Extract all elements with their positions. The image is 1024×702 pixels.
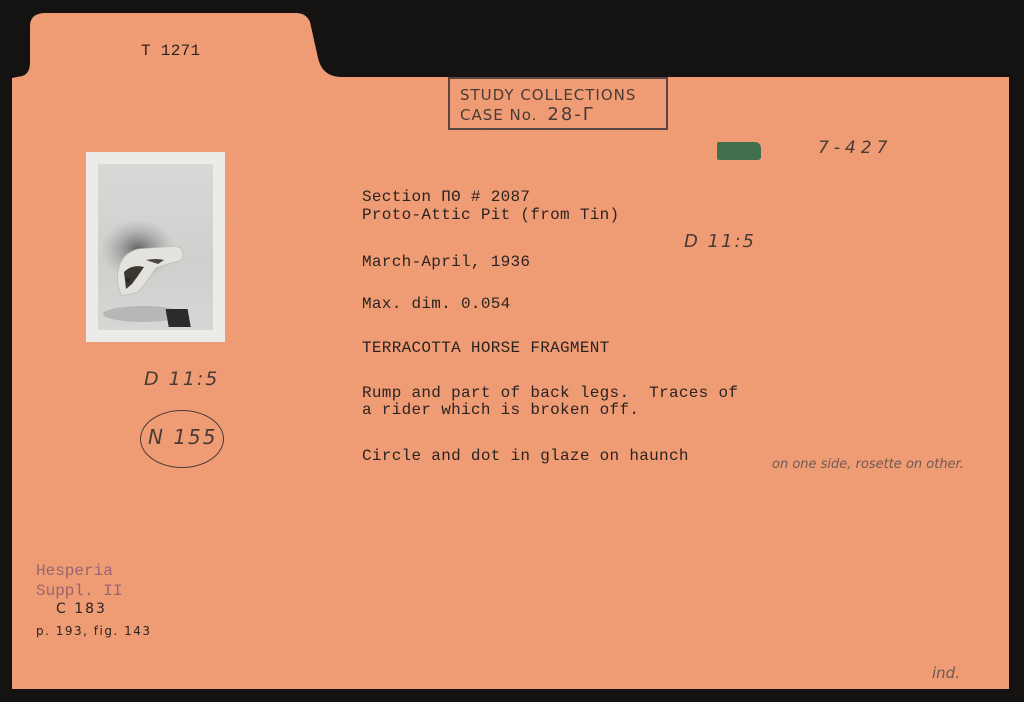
study-collections-stamp: STUDY COLLECTIONS CASE No.28-Γ bbox=[448, 77, 668, 130]
decoration-note: Circle and dot in glaze on haunch bbox=[362, 447, 689, 465]
stamp-case-number: 28-Γ bbox=[547, 104, 594, 125]
description-line-2: a rider which is broken off. bbox=[362, 401, 639, 419]
deposit-note-right: D 11:5 bbox=[684, 231, 756, 252]
catalog-number: C 183 bbox=[56, 601, 107, 617]
section-number: Section ΠΘ # 2087 bbox=[362, 188, 530, 206]
decoration-handwritten-addendum: on one side, rosette on other. bbox=[772, 457, 964, 472]
circled-number: N 155 bbox=[148, 425, 218, 449]
tab-label: T 1271 bbox=[141, 42, 200, 60]
excavation-date: March-April, 1936 bbox=[362, 253, 530, 271]
inventory-note: 7-427 bbox=[818, 138, 892, 158]
green-ink-mark bbox=[717, 142, 761, 160]
object-title: TERRACOTTA HORSE FRAGMENT bbox=[362, 339, 610, 357]
stamp-title: STUDY COLLECTIONS bbox=[460, 85, 666, 105]
bottom-note: ind. bbox=[932, 664, 960, 682]
publication-stamp-line-1: Hesperia bbox=[36, 561, 113, 581]
stamp-case-line: CASE No.28-Γ bbox=[460, 105, 666, 125]
artifact-photo bbox=[86, 152, 225, 342]
description-line-1: Rump and part of back legs. Traces of bbox=[362, 384, 738, 402]
deposit-note-left: D 11:5 bbox=[144, 368, 219, 390]
catalog-card: T 1271 STUDY COLLECTIONS CASE No.28-Γ 7-… bbox=[0, 0, 1024, 702]
photo-image bbox=[98, 164, 213, 330]
page-reference: p. 193, fig. 143 bbox=[36, 624, 152, 638]
publication-stamp-line-2: Suppl. II bbox=[36, 581, 122, 601]
max-dimension: Max. dim. 0.054 bbox=[362, 295, 511, 313]
horse-fragment-image bbox=[98, 164, 213, 330]
stamp-case-label: CASE No. bbox=[460, 106, 537, 124]
find-location: Proto-Attic Pit (from Tin) bbox=[362, 206, 619, 224]
